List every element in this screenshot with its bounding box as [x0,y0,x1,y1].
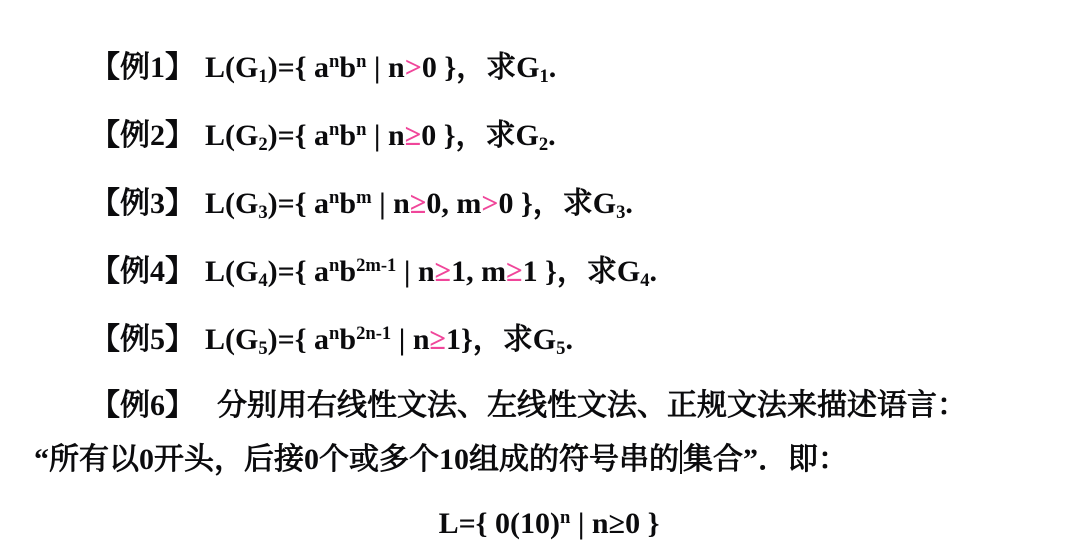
language-description-text: “所有以0开头，后接0个或多个10组成的符号串的集合”．即： [34,443,848,476]
formula-segment: n [329,323,339,344]
formula-segment: L(G [205,187,258,220]
final-formula: L={ 0(10)n | n≥0 } [439,507,660,540]
formula-segment: n [329,255,339,276]
formula-segment: ≥ [410,187,426,220]
formula-segment: )={ a [268,51,329,84]
formula-segment: ≥ [405,119,421,152]
formula-segment: )={ a [268,255,329,288]
formula-segment: n [329,119,339,140]
formula-segment: 2m-1 [356,255,396,276]
formula-segment: 0, m [426,187,481,220]
formula-segment: 5 [258,338,267,359]
formula-segment: 2n-1 [356,323,391,344]
text-cursor-caret [680,440,682,474]
formula-segment: )={ a [268,323,329,356]
formula-segment: | n≥0 } [570,507,659,540]
formula-segment: “所有以0开头，后接0个或多个10组成的符号串的 [34,443,679,476]
formula-segment: b [339,255,356,288]
formula-segment: b [339,119,356,152]
formula-segment: n [356,119,366,140]
formula-segment: . [549,51,557,84]
example-3-label: 【例3】 [90,184,195,224]
formula-segment: n [329,51,339,72]
formula-segment: 2 [258,134,267,155]
formula-segment: 集合”．即： [683,443,848,476]
formula-segment: 4 [258,270,267,291]
formula-segment: n [356,51,366,72]
formula-segment: b [339,51,356,84]
formula-segment: L(G [205,255,258,288]
example-6-intro-text: 分别用右线性文法、左线性文法、正规文法来描述语言： [217,389,967,422]
formula-segment: b [339,323,356,356]
formula-segment: 1 }，求G [523,255,641,288]
formula-segment: 1 [539,66,548,87]
example-6-label: 【例6】 [90,386,195,426]
example-3-formula: L(G3)={ anbm | n≥0, m>0 }，求G3. [205,187,633,220]
example-2-label: 【例2】 [90,116,195,156]
formula-segment: 5 [556,338,565,359]
formula-segment: | n [366,119,404,152]
formula-segment: )={ a [268,187,329,220]
example-1-formula: L(G1)={ anbn | n>0 }，求G1. [205,51,556,84]
formula-segment: | n [396,255,434,288]
formula-segment: | n [391,323,429,356]
formula-segment: b [339,187,356,220]
formula-segment: 0 }，求G [498,187,616,220]
example-1-label: 【例1】 [90,48,195,88]
formula-segment: L={ 0(10) [439,507,560,540]
formula-segment: 4 [640,270,649,291]
example-5-label: 【例5】 [90,320,195,360]
formula-segment: . [625,187,633,220]
formula-segment: 2 [539,134,548,155]
formula-segment: . [548,119,556,152]
formula-segment: ≥ [435,255,451,288]
example-4-formula: L(G4)={ anb2m-1 | n≥1, m≥1 }，求G4. [205,255,657,288]
formula-segment: 3 [258,202,267,223]
formula-segment: n [560,507,570,528]
formula-segment: 0 }，求G [422,51,540,84]
formula-segment: n [329,187,339,208]
example-2-formula: L(G2)={ anbn | n≥0 }，求G2. [205,119,556,152]
formula-segment: m [356,187,372,208]
formula-segment: L(G [205,119,258,152]
slide-page: 【例1】L(G1)={ anbn | n>0 }，求G1. 【例2】L(G2)=… [0,0,1068,552]
example-5-formula: L(G5)={ anb2n-1 | n≥1}，求G5. [205,323,573,356]
formula-segment: ≥ [430,323,446,356]
example-4-label: 【例4】 [90,252,195,292]
formula-segment: L(G [205,51,258,84]
formula-segment: 0 }，求G [421,119,539,152]
formula-segment: > [405,51,422,84]
formula-segment: ≥ [506,255,522,288]
example-1-line: 【例1】L(G1)={ anbn | n>0 }，求G1. [0,8,1068,48]
formula-segment: | n [372,187,410,220]
formula-segment: > [481,187,498,220]
formula-segment: )={ a [268,119,329,152]
formula-segment: . [650,255,658,288]
formula-segment: 1}，求G [446,323,556,356]
formula-segment: L(G [205,323,258,356]
formula-segment: . [565,323,573,356]
formula-segment: 1, m [451,255,506,288]
formula-segment: 1 [258,66,267,87]
formula-segment: | n [366,51,404,84]
formula-segment: 3 [616,202,625,223]
